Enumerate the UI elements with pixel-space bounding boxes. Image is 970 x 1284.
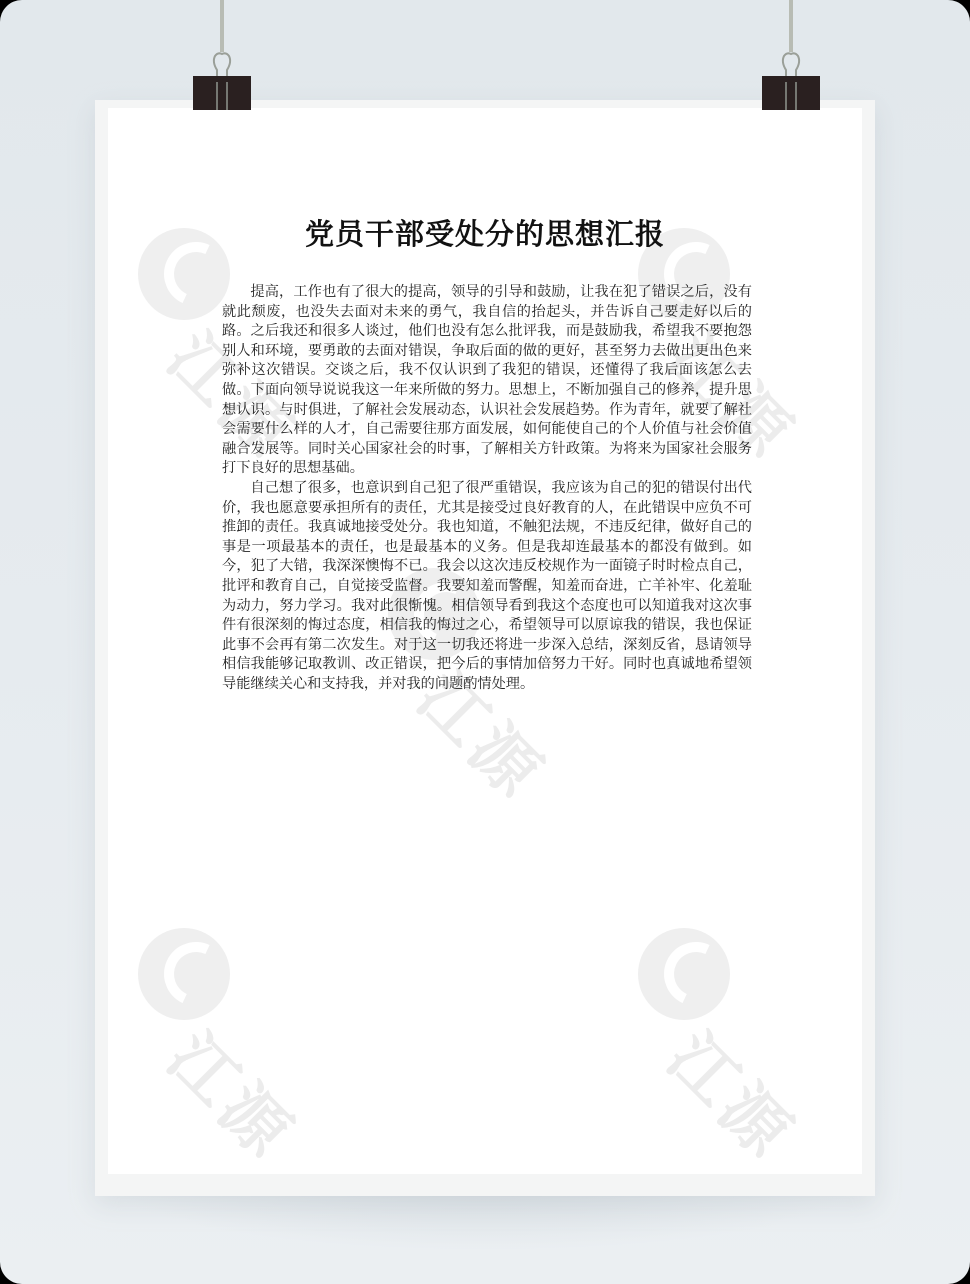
brand-logo-icon bbox=[138, 928, 230, 1020]
poster-mockup: 江源 江源 江源 江源 江源 党员干部受处分的思想汇报 提高，工作也有了很大的提 bbox=[0, 0, 970, 1284]
paragraph: 自己想了很多，也意识到自己犯了很严重错误，我应该为自己的犯的错误付出代价，我也愿… bbox=[222, 479, 752, 695]
brand-logo-icon bbox=[638, 928, 730, 1020]
binder-clip-icon bbox=[762, 44, 822, 110]
watermark-text: 江源 bbox=[151, 1008, 320, 1174]
watermark: 江源 bbox=[128, 908, 368, 1128]
document-title: 党员干部受处分的思想汇报 bbox=[108, 212, 862, 253]
clip-wire-front-icon bbox=[779, 50, 803, 110]
clip-wire-front-icon bbox=[210, 50, 234, 110]
watermark-text: 江源 bbox=[651, 1008, 820, 1174]
binder-clip-icon bbox=[193, 44, 253, 110]
paragraph: 提高，工作也有了很大的提高，领导的引导和鼓励，让我在犯了错误之后，没有就此颓废，… bbox=[222, 283, 752, 479]
document-body: 提高，工作也有了很大的提高，领导的引导和鼓励，让我在犯了错误之后，没有就此颓废，… bbox=[222, 283, 752, 694]
paper-content-area: 江源 江源 江源 江源 江源 党员干部受处分的思想汇报 提高，工作也有了很大的提 bbox=[108, 108, 862, 1174]
paper-sheet: 江源 江源 江源 江源 江源 党员干部受处分的思想汇报 提高，工作也有了很大的提 bbox=[95, 100, 875, 1196]
watermark: 江源 bbox=[628, 908, 862, 1128]
